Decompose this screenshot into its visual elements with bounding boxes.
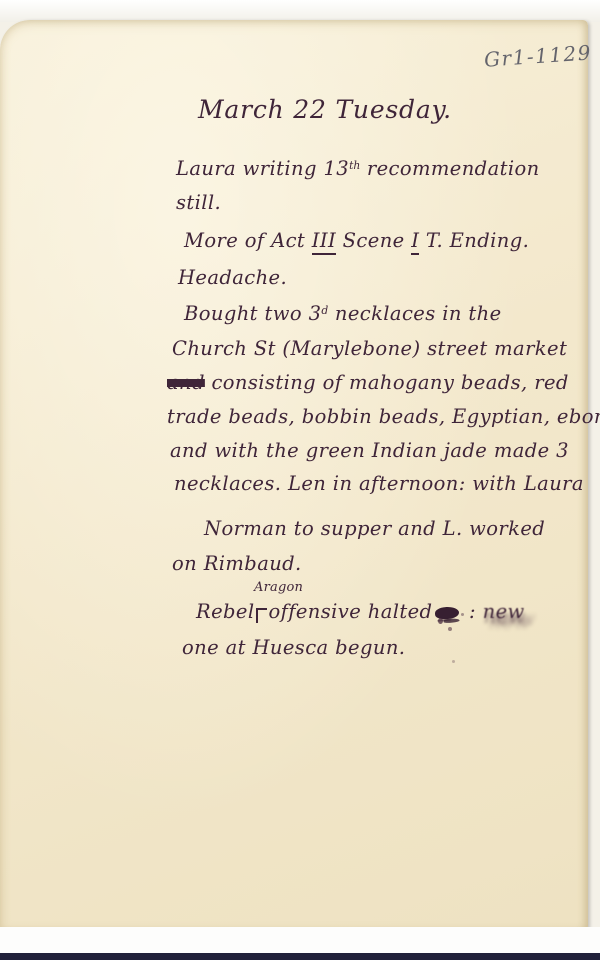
superscript: th [349,159,360,172]
diary-line: Rebeloffensive halted : new [196,601,525,622]
diary-line: still. [176,192,221,213]
line-segment: Bought two 3 [184,302,321,325]
diary-line: necklaces. Len in afternoon: with Laura [174,473,584,494]
ink-spot [448,627,452,631]
diary-page: Gr1-1129 March 22 Tuesday. Laura writing… [0,20,588,932]
line-segment: necklaces in the [328,302,501,325]
diary-line: on Rimbaud. [172,553,302,574]
diary-line: one at Huesca begun. [182,637,405,658]
line-segment: Laura writing 13 [176,157,349,180]
diary-line: Laura writing 13th recommendation [176,158,540,179]
scan-top-strip [0,0,600,22]
diary-line: and consisting of mahogany beads, red [167,372,569,393]
line-segment: consisting of mahogany beads, red [205,371,569,394]
diary-line: trade beads, bobbin beads, Egyptian, ebo… [167,406,600,427]
catalog-number: Gr1-1129 [483,41,592,70]
ink-spot [452,660,455,663]
diary-line: and with the green Indian jade made 3 [170,440,569,461]
diary-line: Norman to supper and L. worked [204,518,545,539]
ink-spot [461,613,464,616]
scan-bottom-strip [0,927,600,953]
line-segment: recommendation [360,157,539,180]
scan-background: Gr1-1129 March 22 Tuesday. Laura writing… [0,0,600,960]
diary-line: More of Act III Scene I T. Ending. [184,230,529,251]
diary-line: Bought two 3d necklaces in the [184,303,502,324]
struck-out-word: and [167,371,205,394]
insertion-caret-icon [256,608,267,623]
interlinear-insertion: Aragon [254,581,303,595]
ink-spot [438,618,443,624]
line-segment: Scene [336,229,411,252]
line-segment: T. Ending. [419,229,529,252]
underlined-act-numeral: III [312,229,336,255]
line-segment: offensive halted [268,600,432,623]
line-segment: More of Act [184,229,312,252]
line-segment: Rebel [196,600,254,623]
smudged-word: new [483,601,525,622]
diary-line: Headache. [178,267,287,288]
scan-bottom-band [0,953,600,960]
diary-line: Church St (Marylebone) street market [172,338,567,359]
date-heading: March 22 Tuesday. [198,96,452,124]
line-segment: : [462,600,482,623]
